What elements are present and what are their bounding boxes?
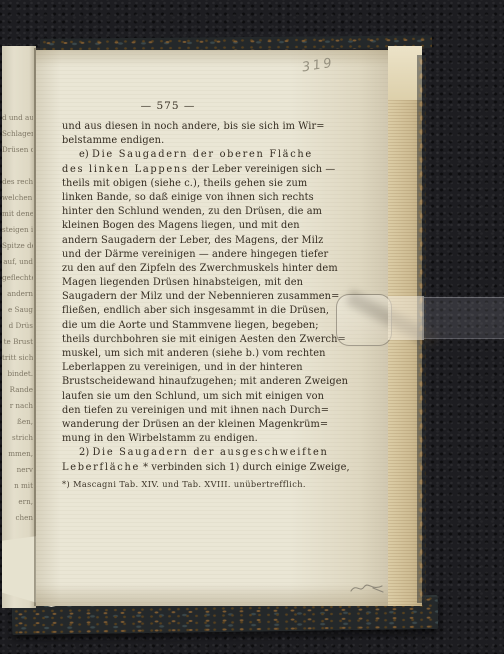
pencil-squiggle-mark bbox=[348, 578, 386, 598]
fragment-line: steigen in bbox=[2, 222, 33, 238]
body-line: e) Die Saugadern der oberen Fläche bbox=[62, 148, 374, 162]
body-line: den tiefen zu vereinigen und mit ihnen n… bbox=[62, 404, 374, 418]
fragment-line: r nach bbox=[2, 398, 33, 414]
body-line: des linken Lappens der Leber vereinigen … bbox=[62, 163, 374, 177]
fragment-line: n mit bbox=[2, 478, 33, 494]
fragment-line: des rechten bbox=[2, 174, 33, 190]
facing-page-edge: d und aufSchlagenDrüsen derdes rechtenwe… bbox=[2, 46, 36, 608]
body-line: 2) Die Saugadern der ausgeschweiften bbox=[62, 446, 374, 460]
body-line: Magen liegenden Drüsen hinabsteigen, mit… bbox=[62, 276, 374, 290]
body-line: Saugadern der Milz und der Nebennieren z… bbox=[62, 290, 374, 304]
fragment-line: chen bbox=[2, 510, 33, 526]
fragment-line: Drüsen der bbox=[2, 142, 33, 158]
page-body-text: und aus diesen in noch andere, bis sie s… bbox=[62, 120, 374, 475]
fragment-line: mit denen bbox=[2, 206, 33, 222]
handwritten-pencil-number: 319 bbox=[301, 56, 335, 76]
fragment-line: tritt sich bbox=[2, 350, 33, 366]
body-line: und aus diesen in noch andere, bis sie s… bbox=[62, 120, 374, 134]
plastic-tab-band bbox=[424, 297, 504, 339]
body-line: zu den auf den Zipfeln des Zwerchmuskels… bbox=[62, 262, 374, 276]
body-line: Leberfläche * verbinden sich 1) durch ei… bbox=[62, 461, 374, 475]
page-footnote: *) Mascagni Tab. XIV. und Tab. XVIII. un… bbox=[62, 479, 374, 489]
fragment-line: strich bbox=[2, 430, 33, 446]
fragment-line: ern, bbox=[2, 494, 33, 510]
page-number-header: — 575 — bbox=[98, 100, 238, 112]
body-line: mung in den Wirbelstamm zu endigen. bbox=[62, 432, 374, 446]
body-line: Leberlappen zu vereinigen, und in der hi… bbox=[62, 361, 374, 375]
body-line: die um die Aorte und Stammvene liegen, b… bbox=[62, 319, 374, 333]
body-line: theils mit obigen (siehe c.), theils geh… bbox=[62, 177, 374, 191]
fragment-line: d und auf bbox=[2, 110, 33, 126]
body-line: und der Därme vereinigen — andere hingeg… bbox=[62, 248, 374, 262]
photo-of-open-book: d und aufSchlagenDrüsen derdes rechtenwe… bbox=[0, 0, 504, 654]
body-line: andern Saugadern der Leber, des Magens, … bbox=[62, 234, 374, 248]
body-line: linken Bande, so daß einige von ihnen si… bbox=[62, 191, 374, 205]
body-line: Brustscheidewand hinaufzugehen; mit ande… bbox=[62, 375, 374, 389]
fragment-line: Rande bbox=[2, 382, 33, 398]
fragment-line: auf, und bbox=[2, 254, 33, 270]
body-line: hinter den Schlund wenden, zu den Drüsen… bbox=[62, 205, 374, 219]
fragment-line bbox=[2, 158, 33, 174]
fragment-line: e Saug bbox=[2, 302, 33, 318]
fragment-line: welchen die bbox=[2, 190, 33, 206]
fragment-line: Spitze des bbox=[2, 238, 33, 254]
body-line: laufen sie um den Schlund, um sich mit e… bbox=[62, 390, 374, 404]
body-line: belstamme endigen. bbox=[62, 134, 374, 148]
body-line: fließen, endlich aber sich insgesammt in… bbox=[62, 304, 374, 318]
facing-page-text-fragments: d und aufSchlagenDrüsen derdes rechtenwe… bbox=[2, 110, 33, 526]
plastic-tab-over-edge bbox=[388, 296, 424, 340]
fragment-line: ßen, bbox=[2, 414, 33, 430]
fragment-line: bindet. bbox=[2, 366, 33, 382]
body-line: kleinen Bogen des Magens liegen, und mit… bbox=[62, 219, 374, 233]
fragment-line: andern bbox=[2, 286, 33, 302]
fragment-line: Schlagen bbox=[2, 126, 33, 142]
fragment-line: nerv bbox=[2, 462, 33, 478]
body-line: wanderung der Drüsen an der kleinen Mage… bbox=[62, 418, 374, 432]
fragment-line: d Drüs bbox=[2, 318, 33, 334]
fragment-line: geflechte bbox=[2, 270, 33, 286]
body-line: muskel, um sich mit anderen (siehe b.) v… bbox=[62, 347, 374, 361]
fragment-line: mmen, bbox=[2, 446, 33, 462]
fragment-line: te Brust bbox=[2, 334, 33, 350]
body-line: theils durchbohren sie mit einigen Aeste… bbox=[62, 333, 374, 347]
plastic-tab-end bbox=[336, 294, 392, 346]
